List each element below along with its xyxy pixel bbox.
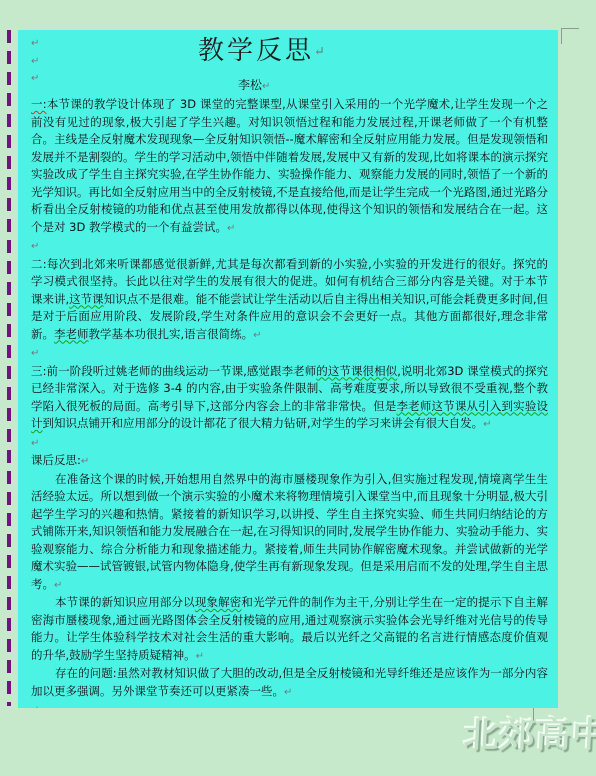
- paragraph-mark: ↵: [483, 419, 491, 430]
- paragraph-mark: ↵: [253, 330, 261, 341]
- text-run: 李老师: [54, 327, 89, 341]
- text-run: 一:: [31, 97, 47, 111]
- author-name: 李松↵: [238, 76, 270, 93]
- paragraph-mark: ↵: [31, 241, 39, 252]
- paragraph-mark: ↵: [31, 73, 39, 84]
- text-run: 二:: [31, 257, 47, 271]
- paragraph[interactable]: 一:本节课的教学设计体现了 3D 课堂的完整课型,从课堂引入采用的一个光学魔术,…: [31, 96, 548, 237]
- paragraph[interactable]: 本节课的新知识应用部分以现象解密和光学元件的制作为主干,分别让学生在一定的提示下…: [31, 594, 548, 665]
- text-run: 这节课: [69, 292, 104, 306]
- paragraph[interactable]: 存在的问题:虽然对教材知识做了大胆的改动,但是全反射棱镜和光导纤维还是应该作为一…: [31, 665, 548, 701]
- text-run: 的这节课很相似: [316, 364, 397, 378]
- text-run: 本节课的教学设计体现了 3D 课堂的完整课型,从课堂引入采用的一个光学魔术,让学…: [31, 97, 548, 234]
- text-run: 在准备这个课的时候,开始想用自然界中的海市蜃楼现象作为引入,但实施过程发现,情境…: [31, 472, 548, 591]
- empty-line[interactable]: ↵: [31, 434, 548, 453]
- empty-line[interactable]: ↵: [31, 701, 548, 708]
- paragraph-mark: ↵: [227, 223, 235, 234]
- paragraph-mark: ↵: [81, 456, 89, 467]
- paragraph-mark: ↵: [314, 45, 325, 60]
- word-document-canvas: { "colors": { "canvas_background": "#c6e…: [0, 0, 596, 776]
- empty-line[interactable]: ↵: [31, 237, 548, 256]
- paragraph[interactable]: 二:每次到北郊来听课都感觉很新鲜,尤其是每次都看到新的小实验,小实验的开发进行的…: [31, 256, 548, 345]
- margin-crop-mark-top-right: [561, 28, 579, 44]
- school-watermark: 北郊高中: [463, 708, 596, 758]
- paragraph-mark: ↵: [31, 348, 39, 359]
- paragraph-mark: ↵: [31, 56, 39, 67]
- empty-line[interactable]: ↵: [31, 344, 548, 363]
- text-run: 教学基本功很扎实,语言很简练。: [89, 327, 254, 341]
- document-title: 教学反思↵: [198, 30, 325, 67]
- paragraph[interactable]: 课后反思:↵: [31, 452, 548, 471]
- text-run: 前一阶段听过姚老师的曲线运动一节课,感觉跟李老师: [46, 364, 316, 378]
- paragraph-mark: ↵: [31, 705, 39, 708]
- text-run: 三:: [31, 364, 46, 378]
- paragraph-mark: ↵: [196, 651, 204, 662]
- paragraph-mark: ↵: [54, 580, 62, 591]
- text-run: 课后反思:: [31, 453, 81, 467]
- paragraph-mark: ↵: [31, 38, 39, 49]
- text-run: 本节课的新知识应用部分以: [55, 595, 195, 609]
- text-run: 现象解密: [195, 595, 242, 609]
- paragraph-mark: ↵: [284, 687, 292, 698]
- paragraph-mark: ↵: [262, 81, 270, 92]
- document-header: ↵ ↵ ↵ 教学反思↵ 李松↵: [18, 30, 558, 96]
- page-left-dashed-border: [7, 30, 11, 706]
- paragraph[interactable]: 三:前一阶段听过姚老师的曲线运动一节课,感觉跟李老师的这节课很相似,说明北郊3D…: [31, 363, 548, 434]
- paragraph[interactable]: 在准备这个课的时候,开始想用自然界中的海市蜃楼现象作为引入,但实施过程发现,情境…: [31, 471, 548, 595]
- document-page[interactable]: ↵ ↵ ↵ 教学反思↵ 李松↵ 一:本节课的教学设计体现了 3D 课堂的完整课型…: [18, 30, 558, 708]
- document-body: 一:本节课的教学设计体现了 3D 课堂的完整课型,从课堂引入采用的一个光学魔术,…: [31, 96, 548, 708]
- paragraph-mark: ↵: [31, 438, 39, 449]
- text-run: 到知识点铺开和应用部分的设计都花了很大精力钻研,对学生的学习来讲会有很大自发。: [43, 416, 484, 430]
